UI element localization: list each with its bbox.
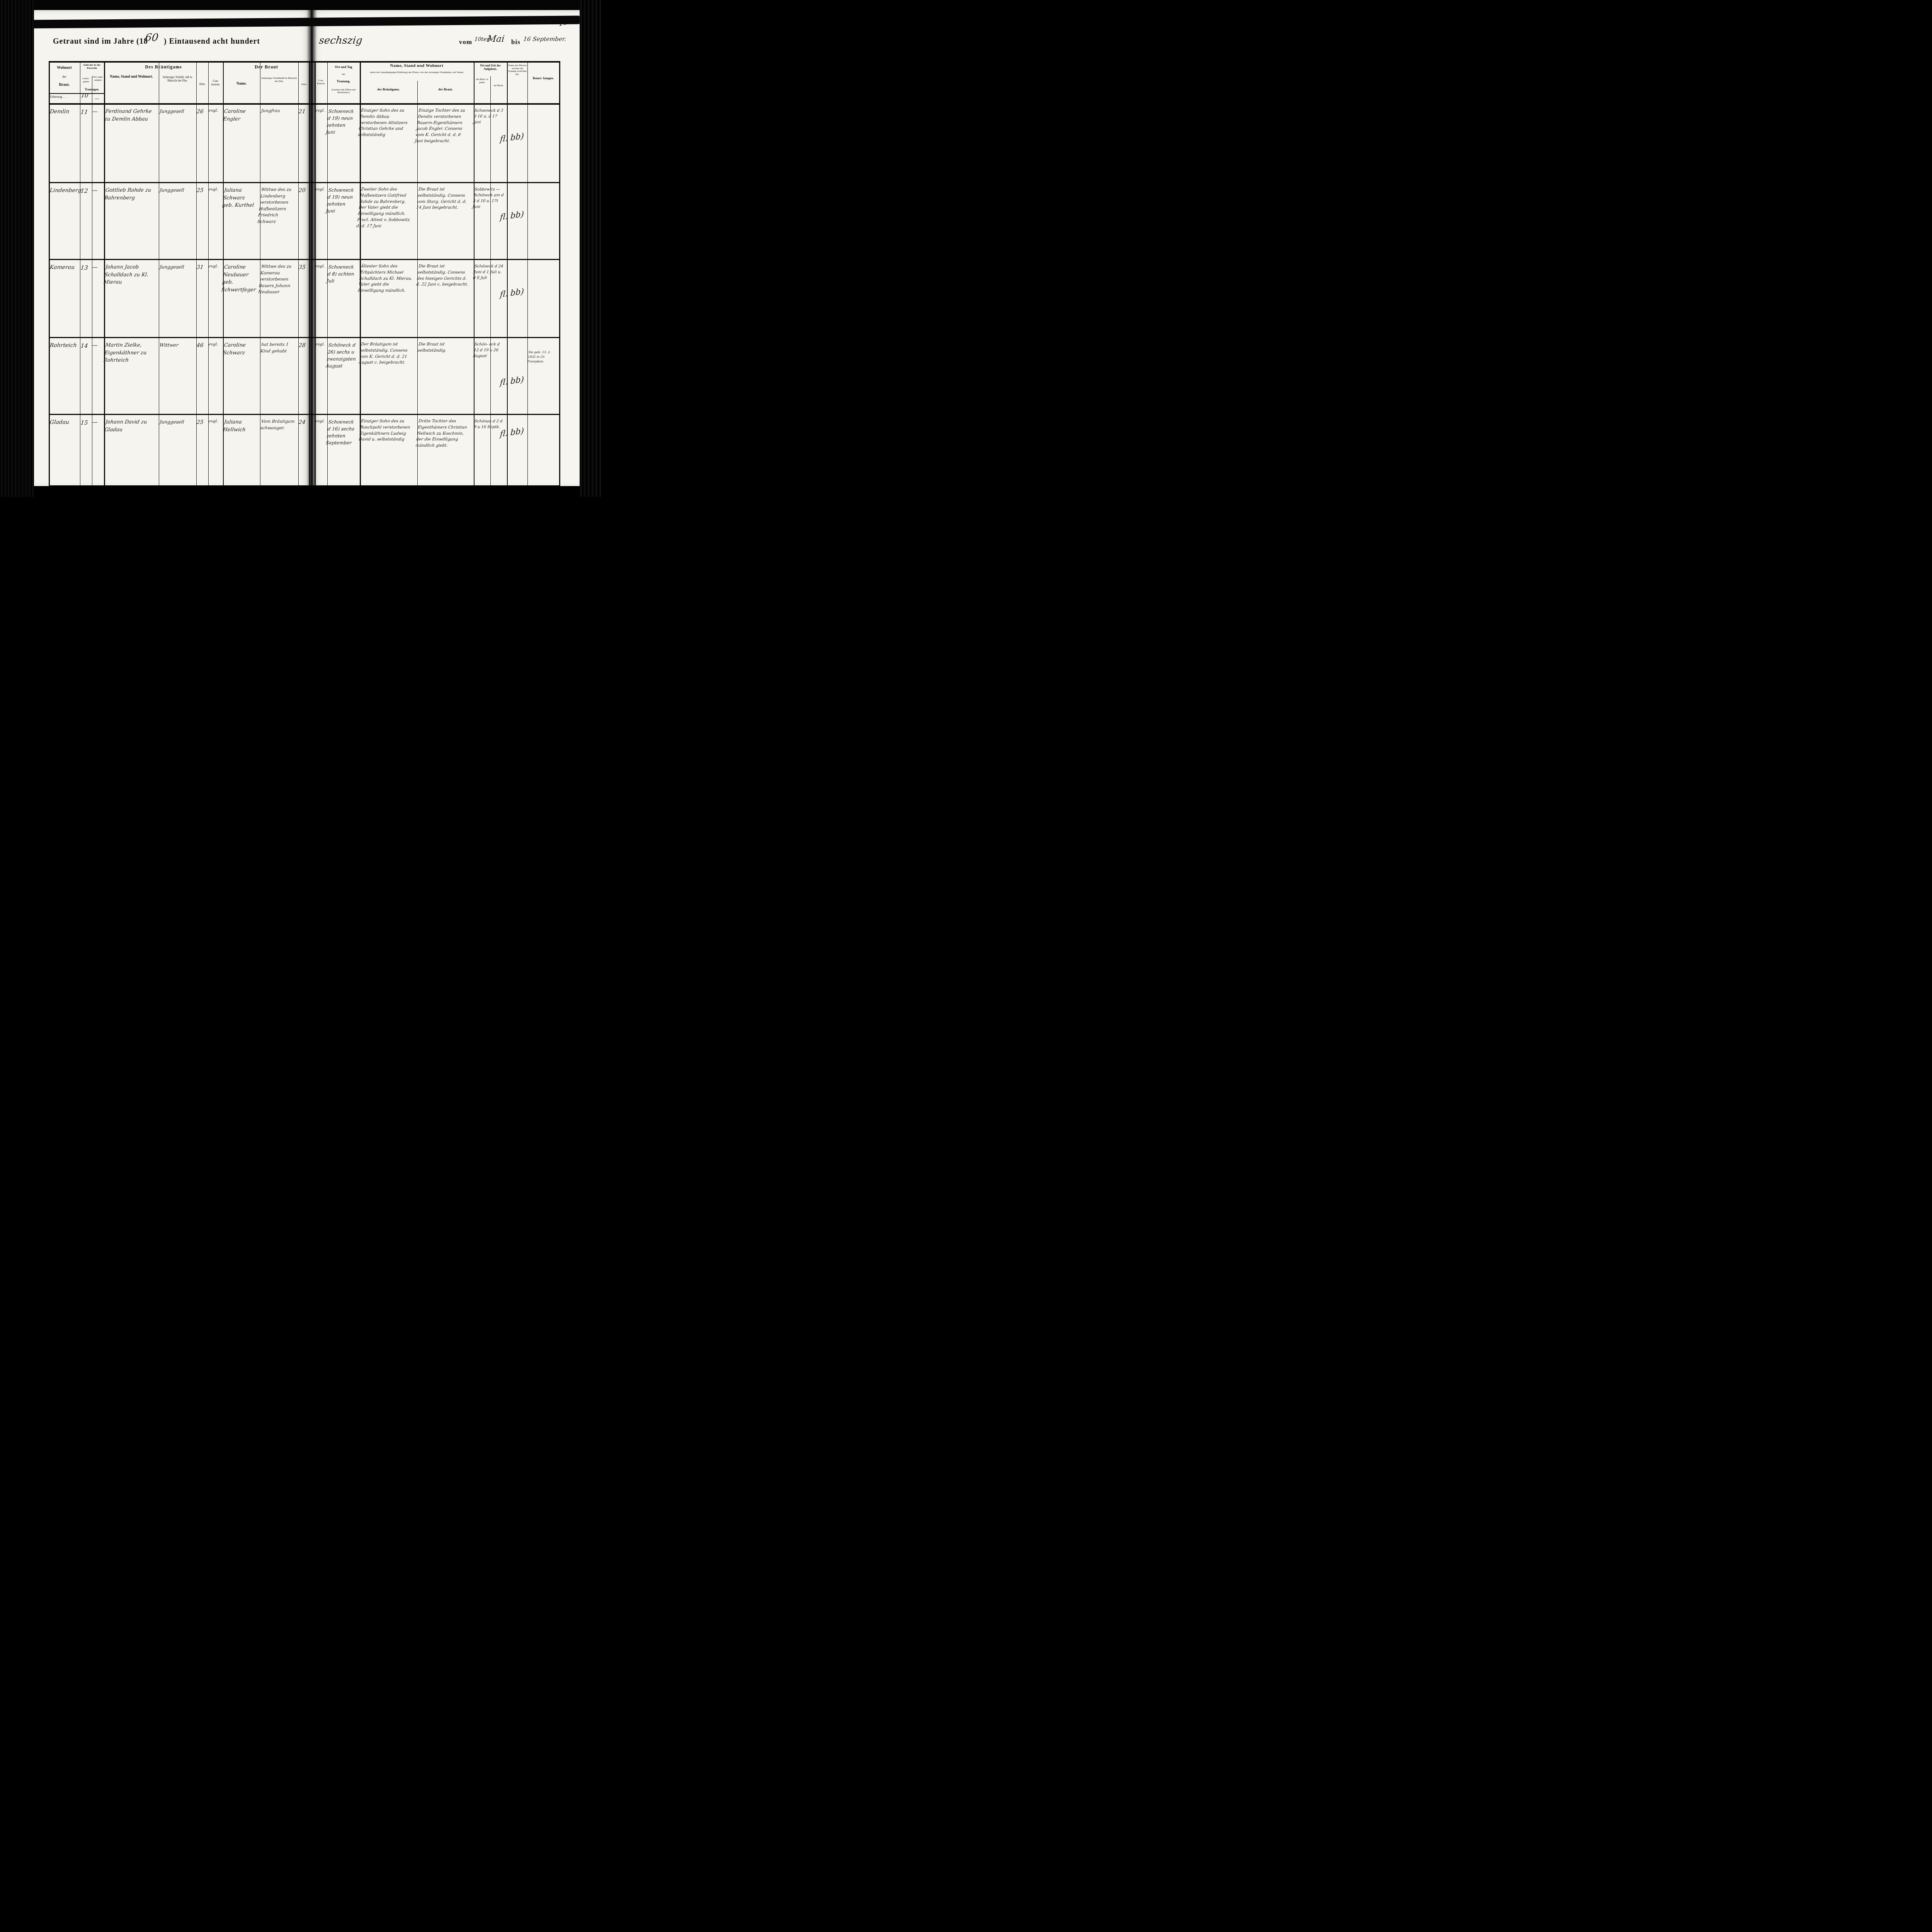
cell-braeutigam-stand: Junggesell [159, 108, 195, 115]
cell-braeutigam-name: Johann Jacob Schalldach zu Kl. Mierau [103, 264, 156, 286]
cell-braeutigam-stand: Junggesell [159, 187, 195, 194]
cell-wohnort: Demlin [49, 108, 80, 116]
cell-braeutigam-confession: evgl. [208, 187, 222, 192]
column-header-der: der [327, 73, 360, 76]
column-header-confession: Con- fession. [208, 80, 223, 87]
column-header-vollzogenen: vollzo- genen [80, 77, 92, 83]
cell-aufgebot: Sobbewitz — Schöneck am d 3 d 10 u. 17t … [472, 187, 506, 210]
column-header-alter: Alter. [196, 83, 208, 86]
cell-bemerkung: Sie geb. 13. 2. 1832 in Gr. Trampken. [527, 350, 558, 364]
scan-shadow-bottom [0, 486, 603, 497]
table-line [49, 61, 560, 63]
cell-aufgebot: Schöneck d 24 Juni d 1 Juli u. d 8 Juli [473, 264, 506, 281]
title-printed-vom: vom [459, 38, 472, 46]
column-header-angezeigten: blos ange- zeigten [92, 76, 104, 82]
cell-braut-name: Caroline Engler [223, 108, 259, 123]
title-printed-bis: bis [511, 38, 520, 46]
column-header-aufgebot-braeutigam: des Bräu- ti- gams. [474, 78, 490, 84]
column-header-zahl: Zahl der in der Parochie [80, 63, 104, 70]
column-header-wohnort-der: der [49, 75, 80, 78]
cell-wohnort: Kamerau [49, 264, 80, 272]
column-header-braeutigam-nsw: Name, Stand und Wohnort. [106, 75, 157, 79]
group-header-nsw-note: nebst der Genehmigungs-Erklärung der Elt… [361, 71, 472, 74]
cell-eltern-braeutigam: Zweiter Sohn des Hofbesitzers Gottfried … [356, 187, 415, 229]
cell-trauung: Schoeneck d 16) sechs zehnten September [325, 418, 358, 446]
cell-eltern-braut: Die Braut ist selbstständig. Consens des… [416, 264, 472, 288]
cell-eltern-braeutigam: Einziger Sohn des zu Demlin Abbau versto… [357, 108, 415, 138]
column-header-braut-name: Name. [223, 82, 260, 86]
register-row-13: Kamerau 13 — Johann Jacob Schalldach zu … [0, 259, 603, 337]
cell-eltern-braut: Einzige Tochter des zu Demlin verstorben… [414, 108, 472, 145]
column-header-wohnort: Wohnort [49, 66, 80, 70]
cell-angezeigt: — [92, 418, 103, 427]
cell-braeutigam-confession: evgl. [208, 264, 222, 269]
cell-braut-name: Juliana Schwarz geb. Kurthel [222, 187, 259, 209]
cell-eltern-braeutigam: Der Bräutigam ist selbstständig. Consens… [358, 342, 415, 366]
column-header-eltern-braut: der Braut. [417, 87, 474, 91]
cell-angezeigt: — [92, 108, 103, 116]
cell-braeutigam-alter: 31 [196, 264, 207, 272]
column-header-braut-verhaeltniss: bisheriges Verhältniß in Hinsicht der Eh… [261, 77, 298, 83]
group-header-des-braeutigams: Des Bräutigams [104, 64, 223, 70]
cell-braeutigam-stand: Junggesell [159, 418, 195, 425]
cell-braeutigam-confession: evgl. [208, 342, 222, 347]
group-header-nsw: Name, Stand und Wohnort [360, 63, 474, 68]
register-row-14: Rohrteich 14 — Martin Zielke, Eigenkäthn… [0, 337, 603, 414]
cell-braeutigam-stand: Junggesell [159, 264, 195, 270]
cell-braeutigam-alter: 25 [196, 418, 207, 427]
cell-braut-name: Caroline Neubauer geb. Schwertfeger [221, 264, 259, 294]
cell-braeutigam-alter: 26 [196, 108, 207, 116]
pfarrer-signature: fl. bb) [500, 420, 558, 440]
cell-aufgebot: Schoeneck d 3 d 10 u. d 17 Juni [473, 108, 506, 125]
cell-wohnort: Lindenberg [49, 187, 80, 195]
column-header-trauung-note: (Letzterer mit Ziffern und Buchstaben.) [328, 89, 359, 94]
cell-nr: 12 [80, 187, 91, 196]
book-binding-gutter [307, 10, 317, 488]
cell-trauung: Schoeneck d 8) achten Juli [326, 264, 358, 284]
book-page-edges-right [580, 0, 603, 497]
cell-braut-stand: Jungfrau [261, 108, 297, 114]
column-header-trauung: Trauung. [327, 79, 360, 83]
cell-nr: 13 [80, 264, 91, 272]
cell-braeutigam-alter: 25 [196, 187, 207, 195]
cell-braut-name: Juliana Hellwich [223, 418, 259, 434]
uebertrag-value-vollzogen: 10 [80, 91, 89, 100]
cell-nr: 15 [80, 418, 91, 427]
cell-braut-stand: Wittwe des zu Kamerau verstorbenen Bauer… [258, 264, 297, 296]
column-header-ort-und-tag: Ort und Tag [327, 65, 360, 69]
cell-eltern-braut: Dritte Tochter des Eigenthümers Christia… [415, 418, 472, 449]
register-book-spread: Getraut sind im Jahre (18 60 ) Eintausen… [0, 0, 603, 497]
book-page-edges-left [0, 0, 34, 497]
column-header-verhaeltniss: bisheriges Verhält- niß in Hinsicht der … [160, 76, 196, 83]
cell-trauung: Schoeneck d 19) neun zehnten Juni [325, 187, 358, 214]
cell-braeutigam-alter: 46 [196, 342, 207, 350]
cell-eltern-braut: Die Braut ist selbstständig. Consens vom… [416, 187, 472, 211]
cell-trauung: Schöneck d 26) sechs u zwanzigsten Augus… [325, 342, 358, 369]
cell-eltern-braeutigam: Ältester Sohn des Erbpächters Michael Sc… [357, 264, 415, 294]
column-header-aufgebot-braut: der Braut. [490, 84, 507, 87]
table-line [49, 93, 104, 94]
column-header-bemerkungen: Bemer- kungen. [529, 77, 557, 80]
cell-angezeigt: — [92, 264, 103, 272]
title-year-handwritten: 60 [144, 30, 159, 46]
cell-aufgebot: Schön- eck d 12 d 19 u 26 August [473, 342, 506, 359]
cell-braut-stand: Wittwe des zu Lindenberg verstorbenen Ho… [257, 187, 297, 225]
register-row-12: Lindenberg 12 — Gottlieb Rohde zu Bahren… [0, 182, 603, 259]
register-row-15: Gladau 15 — Johann David zu Gladau Jungg… [0, 414, 603, 485]
cell-eltern-braut: Die Braut ist selbstständig. [417, 342, 472, 354]
title-sechszig-handwritten: sechszig [318, 33, 363, 48]
title-from-month-handwritten: Mai [486, 32, 505, 46]
cell-eltern-braeutigam: Einziger Sohn des zu Boschpohl verstorbe… [358, 418, 415, 443]
cell-wohnort: Gladau [49, 418, 80, 427]
cell-braeutigam-name: Ferdinand Gehrke zu Demlin Abbau [104, 108, 156, 123]
title-printed-mid: ) Eintausend acht hundert [164, 37, 260, 46]
uebertrag-value-angezeigt: — [94, 95, 100, 102]
register-row-11: Demlin 11 — Ferdinand Gehrke zu Demlin A… [0, 103, 603, 182]
group-header-der-braut: Der Braut [223, 64, 310, 70]
cell-braeutigam-confession: evgl. [208, 108, 222, 114]
cell-angezeigt: — [92, 342, 103, 350]
pfarrer-signature: fl. bb) [500, 281, 558, 301]
pfarrer-signature: fl. bb) [500, 203, 558, 224]
pfarrer-signature: fl. bb) [500, 125, 558, 146]
cell-braeutigam-confession: evgl. [208, 418, 222, 424]
cell-braut-stand: Vom Bräutigam schwanger. [260, 418, 297, 431]
cell-braut-stand: hat bereits 1 Kind gehabt [260, 342, 297, 354]
cell-braeutigam-stand: Wittwer [159, 342, 195, 349]
title-printed-prefix: Getraut sind im Jahre (18 [53, 37, 148, 46]
column-header-pfarrer: Name des Pfarrers welcher die Trauung ve… [507, 64, 527, 76]
cell-braut-name: Caroline Schwarz [223, 342, 259, 357]
cell-nr: 11 [80, 108, 91, 117]
column-header-braut: Braut. [49, 83, 80, 87]
cell-wohnort: Rohrteich [49, 342, 80, 350]
cell-braeutigam-name: Gottlieb Rohde zu Bahrenberg [104, 187, 156, 202]
cell-angezeigt: — [92, 187, 103, 195]
cell-braeutigam-name: Johann David zu Gladau [104, 418, 156, 434]
pfarrer-signature: fl. bb) [500, 369, 558, 389]
cell-trauung: Schoeneck d 19) neun zehnten Juni [325, 108, 358, 136]
column-header-eltern-braeutigam: des Bräutigams. [360, 87, 417, 91]
title-to-date-handwritten: 16 September. [523, 35, 566, 44]
group-header-aufgebot: Ort und Zeit des Aufgebots. [474, 64, 507, 71]
cell-nr: 14 [80, 342, 91, 350]
cell-braeutigam-name: Martin Zielke, Eigenkäthner zu Rohrteich [103, 342, 156, 364]
uebertrag-label: Uebertrag . . . [50, 95, 80, 99]
